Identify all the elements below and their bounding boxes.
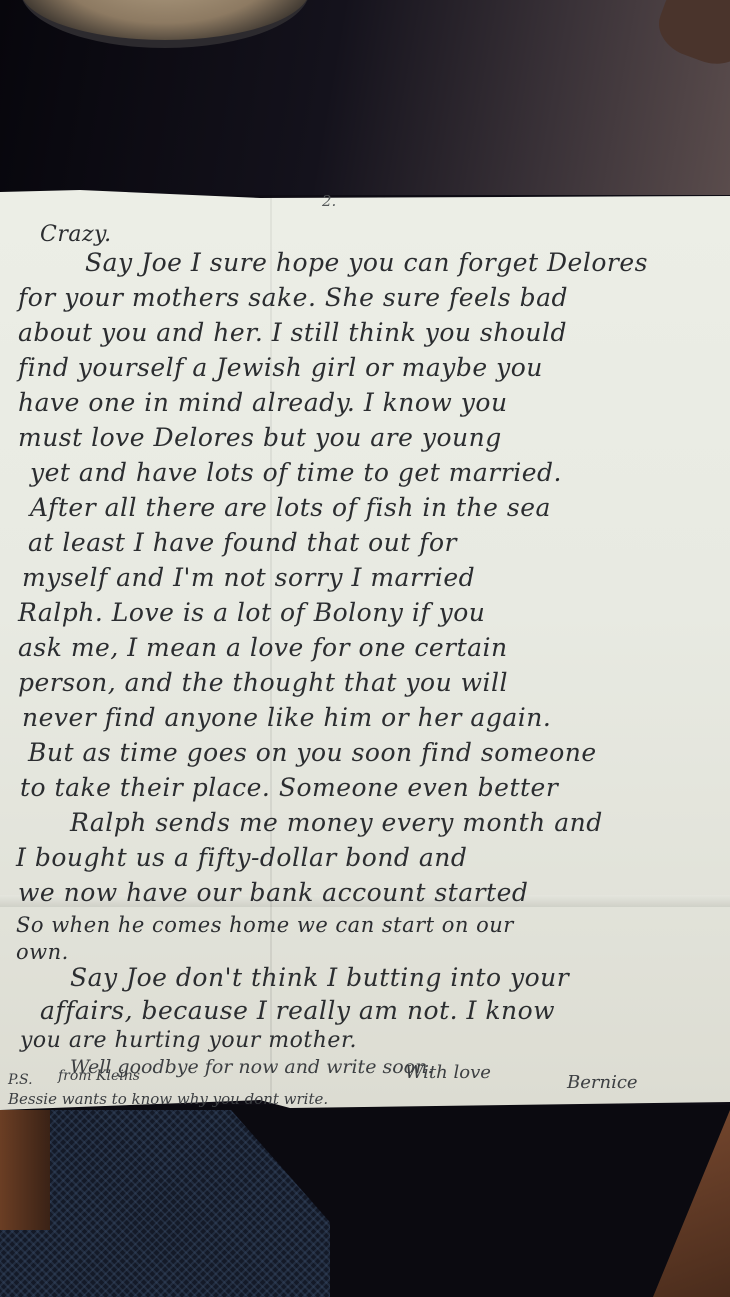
letter-line: have one in mind already. I know you (18, 388, 508, 417)
letter-line: I bought us a fifty-dollar bond and (16, 843, 467, 872)
letter-line: affairs, because I really am not. I know (40, 996, 555, 1025)
letter-line: about you and her. I still think you sho… (18, 318, 567, 347)
letter-line: myself and I'm not sorry I married (22, 563, 475, 592)
letter-line: Say Joe I sure hope you can forget Delor… (85, 248, 648, 277)
ps-label: P.S. (8, 1072, 33, 1088)
letter-line: After all there are lots of fish in the … (30, 493, 551, 522)
letter-line: we now have our bank account started (18, 878, 528, 907)
letter-line: to take their place. Someone even better (20, 773, 558, 802)
letter-line: Ralph sends me money every month and (70, 808, 603, 837)
letter-line: yet and have lots of time to get married… (30, 458, 562, 487)
letter-line: find yourself a Jewish girl or maybe you (18, 353, 543, 382)
closing: With love (405, 1062, 491, 1083)
letter-line: must love Delores but you are young (18, 423, 502, 452)
letter-line: you are hurting your mother. (20, 1028, 357, 1053)
wood-floor-left (0, 1110, 50, 1230)
letter-line: But as time goes on you soon find someon… (28, 738, 597, 767)
letter-line: Say Joe don't think I butting into your (70, 963, 569, 992)
salutation-fragment: Crazy. (40, 222, 112, 247)
letter-line: ask me, I mean a love for one certain (18, 633, 508, 662)
letter-line: at least I have found that out for (28, 528, 457, 557)
letter-line: Ralph. Love is a lot of Bolony if you (18, 598, 485, 627)
signature: Bernice (567, 1072, 638, 1093)
letter-line: person, and the thought that you will (18, 668, 508, 697)
letter-line: for your mothers sake. She sure feels ba… (18, 283, 568, 312)
page-number: 2. (322, 192, 336, 210)
ps-insert: from Kleins (58, 1068, 140, 1084)
letter-line: own. (16, 940, 69, 964)
letter-line: never find anyone like him or her again. (22, 703, 551, 732)
letter-line: So when he comes home we can start on ou… (16, 913, 514, 937)
ps-text: Bessie wants to know why you dont write. (8, 1090, 328, 1108)
